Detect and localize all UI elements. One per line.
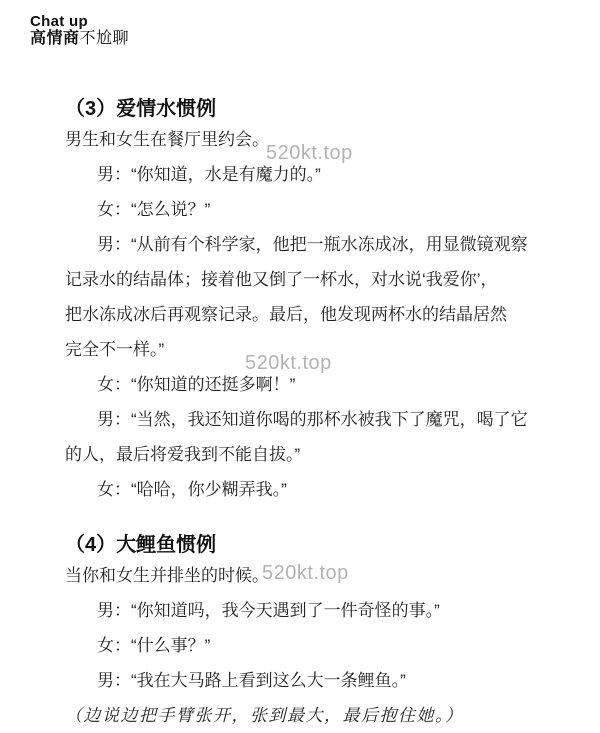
stage-direction-line: （边说边把手臂张开，张到最大，最后抱住她。） <box>65 698 543 733</box>
section-heading: （3）爱情水惯例 <box>65 96 543 122</box>
brand-logo-chinese: 高情商不尬聊 <box>30 30 129 47</box>
dialogue-line: 女：“怎么说？” <box>65 192 543 227</box>
dialogue-line: 男：“你知道，水是有魔力的。” <box>65 157 543 192</box>
dialogue-line: 男：“你知道吗，我今天遇到了一件奇怪的事。” <box>65 593 543 628</box>
document-page: Chat up 高情商不尬聊 520kt.top520kt.top520kt.t… <box>0 0 600 733</box>
page-content: （3）爱情水惯例男生和女生在餐厅里约会。男：“你知道，水是有魔力的。”女：“怎么… <box>65 96 543 733</box>
brand-logo-chinese-rest: 不尬聊 <box>80 30 130 47</box>
brand-logo-chinese-bold: 高情商 <box>30 30 80 47</box>
dialogue-line: 完全不一样。” <box>65 332 543 367</box>
dialogue-line: 女：“哈哈，你少糊弄我。” <box>65 472 543 507</box>
narration-line: 男生和女生在餐厅里约会。 <box>65 122 543 157</box>
dialogue-line: 男：“从前有个科学家，他把一瓶水冻成冰，用显微镜观察 <box>65 227 543 262</box>
section-heading: （4）大鲤鱼惯例 <box>65 532 543 558</box>
brand-logo: Chat up 高情商不尬聊 <box>30 14 129 47</box>
dialogue-line: 把水冻成冰后再观察记录。最后，他发现两杯水的结晶居然 <box>65 297 543 332</box>
brand-logo-latin: Chat up <box>30 14 129 30</box>
dialogue-line: 男：“我在大马路上看到这么大一条鲤鱼。” <box>65 663 543 698</box>
narration-line: 当你和女生并排坐的时候。 <box>65 558 543 593</box>
dialogue-line: 女：“什么事？” <box>65 628 543 663</box>
dialogue-line: 的人，最后将爱我到不能自拔。” <box>65 437 543 472</box>
dialogue-line: 男：“当然，我还知道你喝的那杯水被我下了魔咒，喝了它 <box>65 402 543 437</box>
dialogue-line: 女：“你知道的还挺多啊！” <box>65 367 543 402</box>
dialogue-line: 记录水的结晶体；接着他又倒了一杯水，对水说‘我爱你’， <box>65 262 543 297</box>
